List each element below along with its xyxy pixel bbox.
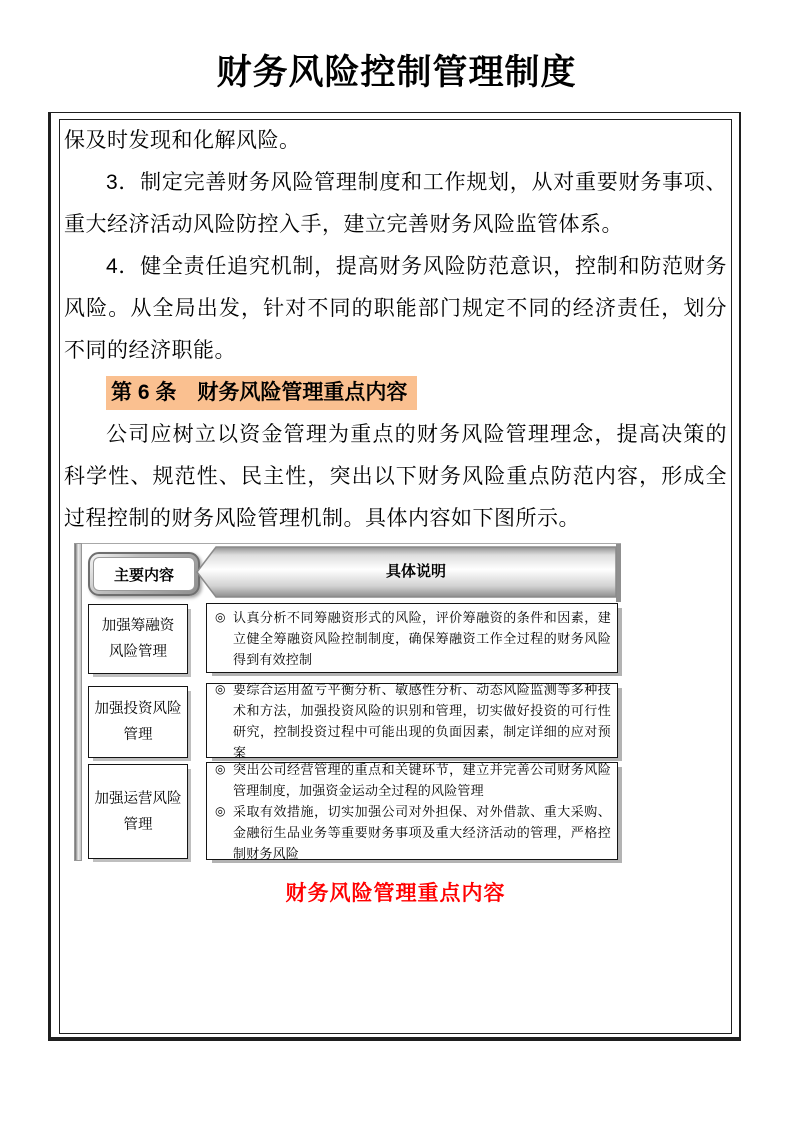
main-content-header-label: 主要内容 (93, 557, 195, 591)
bullet-item: ◎ 采取有效措施，切实加强公司对外担保、对外借款、重大采购、金融衍生品业务等重要… (215, 801, 611, 864)
paragraph-intro: 公司应树立以资金管理为重点的财务风险管理理念，提高决策的科学性、规范性、民主性，… (64, 414, 727, 540)
paragraph-item-3: 3．制定完善财务风险管理制度和工作规划，从对重要财务事项、重大经济活动风险防控入… (64, 162, 727, 246)
document-page: { "page": { "title": "财务风险控制管理制度", "high… (0, 0, 793, 1122)
row-desc-investment-risk: ◎ 要综合运用盈亏平衡分析、敏感性分析、动态风险监测等多种技术和方法，加强投资风… (206, 683, 618, 758)
clause-heading-line: 第 6 条 财务风险管理重点内容 (64, 372, 727, 414)
detail-header-label: 具体说明 (218, 546, 614, 595)
content-box: 保及时发现和化解风险。 3．制定完善财务风险管理制度和工作规划，从对重要财务事项… (59, 119, 732, 1034)
row-desc-financing-risk: ◎ 认真分析不同筹融资形式的风险，评价筹融资的条件和因素，建立健全筹融资风险控制… (206, 603, 618, 673)
row-label-investment-risk: 加强投资风险管理 (88, 686, 188, 758)
bullet-text: 突出公司经营管理的重点和关键环节，建立并完善公司财务风险管理制度，加强资金运动全… (233, 759, 611, 801)
paragraph-continuation: 保及时发现和化解风险。 (64, 120, 727, 162)
paragraph-item-4: 4．健全责任追究机制，提高财务风险防范意识，控制和防范财务风险。从全局出发，针对… (64, 246, 727, 372)
page-border-frame: 保及时发现和化解风险。 3．制定完善财务风险管理制度和工作规划，从对重要财务事项… (48, 112, 741, 1041)
diagram-frame-left-edge (74, 543, 82, 861)
bullet-item: ◎ 突出公司经营管理的重点和关键环节，建立并完善公司财务风险管理制度，加强资金运… (215, 759, 611, 801)
row-label-financing-risk: 加强筹融资 风险管理 (88, 604, 188, 674)
row-desc-operation-risk: ◎ 突出公司经营管理的重点和关键环节，建立并完善公司财务风险管理制度，加强资金运… (206, 762, 618, 860)
bullet-item: ◎ 要综合运用盈亏平衡分析、敏感性分析、动态风险监测等多种技术和方法，加强投资风… (215, 679, 611, 763)
diagram-frame-top-edge (82, 543, 621, 544)
bullet-icon: ◎ (215, 759, 233, 780)
risk-management-diagram: 主要内容 具体说明 加 (74, 541, 621, 863)
clause-heading: 第 6 条 财务风险管理重点内容 (106, 376, 417, 410)
bullet-text: 采取有效措施，切实加强公司对外担保、对外借款、重大采购、金融衍生品业务等重要财务… (233, 801, 611, 864)
bullet-icon: ◎ (215, 607, 233, 628)
diagram-caption: 财务风险管理重点内容 (64, 877, 727, 907)
bullet-item: ◎ 认真分析不同筹融资形式的风险，评价筹融资的条件和因素，建立健全筹融资风险控制… (215, 607, 611, 670)
main-content-header-box: 主要内容 (88, 552, 200, 596)
row-label-operation-risk: 加强运营风险管理 (88, 764, 188, 859)
bullet-icon: ◎ (215, 801, 233, 822)
detail-header-banner: 具体说明 (196, 546, 618, 599)
page-title: 财务风险控制管理制度 (0, 0, 793, 98)
bullet-text: 要综合运用盈亏平衡分析、敏感性分析、动态风险监测等多种技术和方法，加强投资风险的… (233, 679, 611, 763)
bullet-text: 认真分析不同筹融资形式的风险，评价筹融资的条件和因素，建立健全筹融资风险控制制度… (233, 607, 611, 670)
bullet-icon: ◎ (215, 679, 233, 700)
